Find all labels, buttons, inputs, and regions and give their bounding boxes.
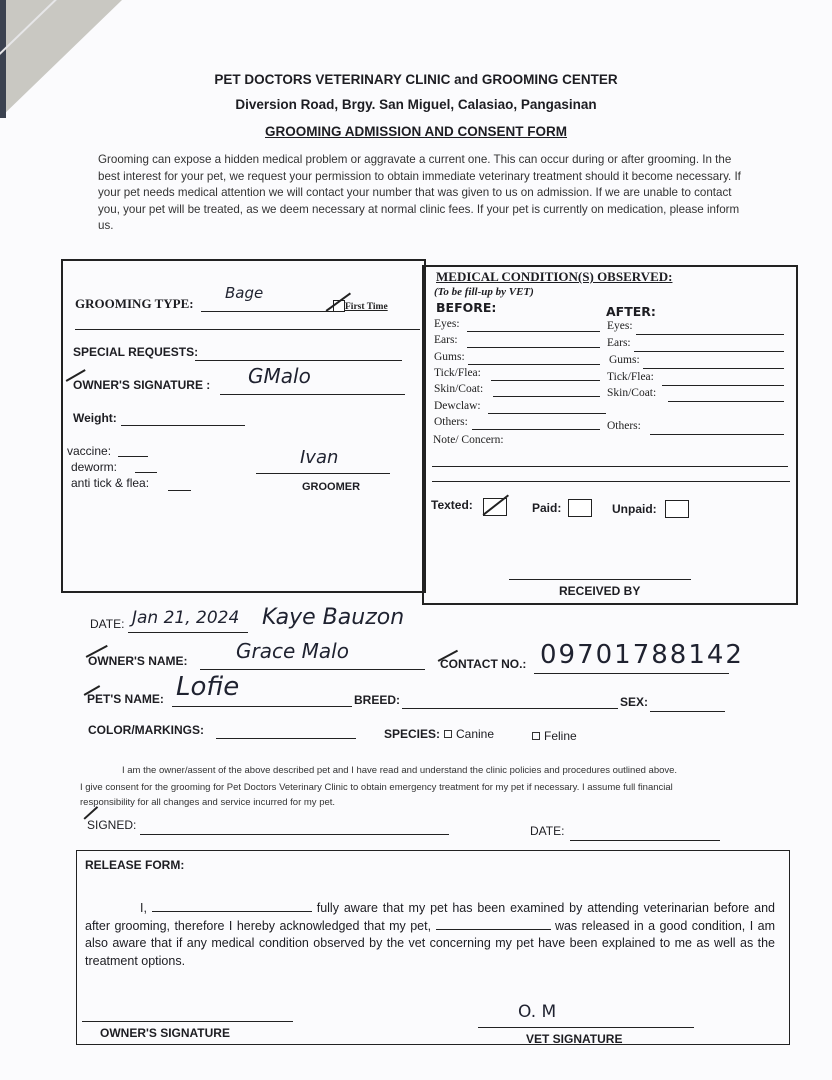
signed-field[interactable] — [140, 834, 449, 835]
contact-label: CONTACT NO.: — [440, 657, 526, 671]
deworm-label: deworm: — [71, 460, 117, 474]
after-field-input[interactable] — [634, 351, 784, 352]
after-heading: AFTER: — [606, 304, 656, 319]
after-field-label: Ears: — [607, 337, 631, 349]
canine-label: Canine — [456, 727, 494, 741]
handwritten-name: Kaye Bauzon — [262, 605, 404, 630]
release-form-text: I, fully aware that my pet has been exam… — [85, 900, 775, 970]
before-field-label: Ears: — [434, 334, 458, 346]
before-field-input[interactable] — [488, 413, 606, 414]
intro-paragraph: Grooming can expose a hidden medical pro… — [98, 152, 743, 235]
after-field-label: Others: — [607, 420, 641, 432]
release-owner-signature-field[interactable] — [82, 1021, 293, 1022]
after-field-input[interactable] — [668, 401, 784, 402]
before-field-input[interactable] — [468, 364, 600, 365]
before-field-label: Tick/Flea: — [434, 367, 481, 379]
consent-date-field[interactable] — [570, 840, 720, 841]
date-label: DATE: — [90, 617, 124, 631]
texted-checkbox[interactable] — [483, 498, 507, 516]
medical-condition-title: MEDICAL CONDITION(S) OBSERVED: — [436, 269, 672, 285]
before-field-input[interactable] — [467, 331, 600, 332]
after-field-input[interactable] — [636, 334, 784, 335]
vet-signature-label: VET SIGNATURE — [526, 1032, 622, 1046]
release-text-i: I, — [140, 901, 147, 915]
owner-name-value: Grace Malo — [236, 639, 349, 663]
grooming-type-label: GROOMING TYPE: — [75, 296, 194, 312]
groomer-label: GROOMER — [302, 481, 360, 493]
before-field-input[interactable] — [493, 396, 600, 397]
species-option-feline[interactable]: Feline — [532, 729, 577, 743]
weight-field[interactable] — [121, 425, 245, 426]
before-heading: BEFORE: — [436, 300, 496, 315]
after-field-input[interactable] — [643, 368, 784, 369]
species-option-canine[interactable]: Canine — [444, 727, 494, 741]
anti-tick-flea-label: anti tick & flea: — [71, 476, 149, 490]
unpaid-checkbox[interactable] — [665, 500, 689, 518]
owner-signature-label: OWNER'S SIGNATURE : — [73, 378, 210, 392]
before-field-label: Dewclaw: — [434, 400, 481, 412]
signed-label: SIGNED: — [87, 818, 136, 832]
before-field-input[interactable] — [491, 380, 600, 381]
before-field-input[interactable] — [472, 429, 600, 430]
paid-checkbox[interactable] — [568, 499, 592, 517]
species-label: SPECIES: — [384, 727, 440, 741]
owner-signature-field[interactable] — [220, 394, 405, 395]
scan-folded-corner — [0, 0, 122, 118]
grooming-type-value: Bage — [225, 284, 263, 302]
medical-condition-subtitle: (To be fill-up by VET) — [434, 286, 534, 298]
breed-field[interactable] — [402, 708, 618, 709]
owner-name-field[interactable] — [200, 669, 425, 670]
release-form-title: RELEASE FORM: — [85, 858, 184, 872]
date-value: Jan 21, 2024 — [132, 608, 239, 628]
before-field-label: Others: — [434, 416, 468, 428]
note-concern-line-1[interactable] — [432, 466, 788, 467]
deworm-field[interactable] — [135, 472, 157, 473]
after-field-input[interactable] — [650, 434, 784, 435]
pet-name-value: Lofie — [176, 672, 239, 702]
after-field-label: Eyes: — [607, 320, 633, 332]
clinic-address: Diversion Road, Brgy. San Miguel, Calasi… — [0, 97, 832, 112]
consent-line-1: I am the owner/assent of the above descr… — [122, 765, 677, 776]
contact-value: 09701788142 — [540, 640, 744, 670]
release-owner-name-field[interactable] — [152, 901, 312, 912]
before-field-label: Eyes: — [434, 318, 460, 330]
owner-name-label: OWNER'S NAME: — [88, 654, 188, 668]
canine-checkbox[interactable] — [444, 730, 452, 738]
owner-signature-value: GMalo — [248, 364, 311, 388]
release-owner-signature-label: OWNER'S SIGNATURE — [100, 1026, 230, 1040]
date-field[interactable] — [128, 632, 248, 633]
note-concern-label: Note/ Concern: — [433, 434, 504, 446]
texted-label: Texted: — [431, 498, 473, 512]
pet-name-field[interactable] — [172, 706, 352, 707]
vaccine-field[interactable] — [118, 456, 148, 457]
anti-tick-flea-field[interactable] — [168, 490, 191, 491]
consent-text: I give consent for the grooming for Pet … — [80, 780, 730, 810]
after-field-label: Tick/Flea: — [607, 371, 654, 383]
after-field-label: Gums: — [609, 354, 640, 366]
form-title: GROOMING ADMISSION AND CONSENT FORM — [0, 124, 832, 139]
feline-label: Feline — [544, 729, 577, 743]
note-concern-line-2[interactable] — [432, 481, 790, 482]
groomer-signature-field[interactable] — [256, 473, 390, 474]
after-field-label: Skin/Coat: — [607, 387, 656, 399]
release-pet-name-field[interactable] — [436, 919, 551, 930]
breed-label: BREED: — [354, 693, 400, 707]
sex-label: SEX: — [620, 695, 648, 709]
unpaid-label: Unpaid: — [612, 502, 657, 516]
paid-label: Paid: — [532, 501, 561, 515]
pet-name-label: PET'S NAME: — [87, 692, 164, 706]
grooming-type-field[interactable] — [201, 311, 333, 312]
special-requests-field[interactable] — [195, 360, 402, 361]
color-markings-label: COLOR/MARKINGS: — [88, 723, 204, 737]
before-field-input[interactable] — [467, 347, 600, 348]
received-by-label: RECEIVED BY — [559, 584, 640, 598]
special-requests-label: SPECIAL REQUESTS: — [73, 345, 198, 359]
first-time-label: First Time — [345, 302, 388, 312]
weight-label: Weight: — [73, 411, 117, 425]
before-field-label: Skin/Coat: — [434, 383, 483, 395]
vet-signature-field[interactable] — [478, 1027, 694, 1028]
scan-edge-shadow — [0, 0, 6, 118]
consent-date-label: DATE: — [530, 824, 564, 838]
vaccine-label: vaccine: — [67, 444, 111, 458]
groomer-signature-value: Ivan — [300, 447, 338, 468]
received-by-field[interactable] — [509, 579, 691, 580]
color-markings-field[interactable] — [216, 738, 356, 739]
sex-field[interactable] — [650, 711, 725, 712]
clinic-name: PET DOCTORS VETERINARY CLINIC and GROOMI… — [0, 72, 832, 87]
feline-checkbox[interactable] — [532, 732, 540, 740]
grooming-type-extra-line[interactable] — [75, 329, 420, 330]
before-field-label: Gums: — [434, 351, 465, 363]
contact-field[interactable] — [534, 673, 729, 674]
vet-signature-value: O. M — [518, 1002, 556, 1022]
after-field-input[interactable] — [662, 385, 784, 386]
